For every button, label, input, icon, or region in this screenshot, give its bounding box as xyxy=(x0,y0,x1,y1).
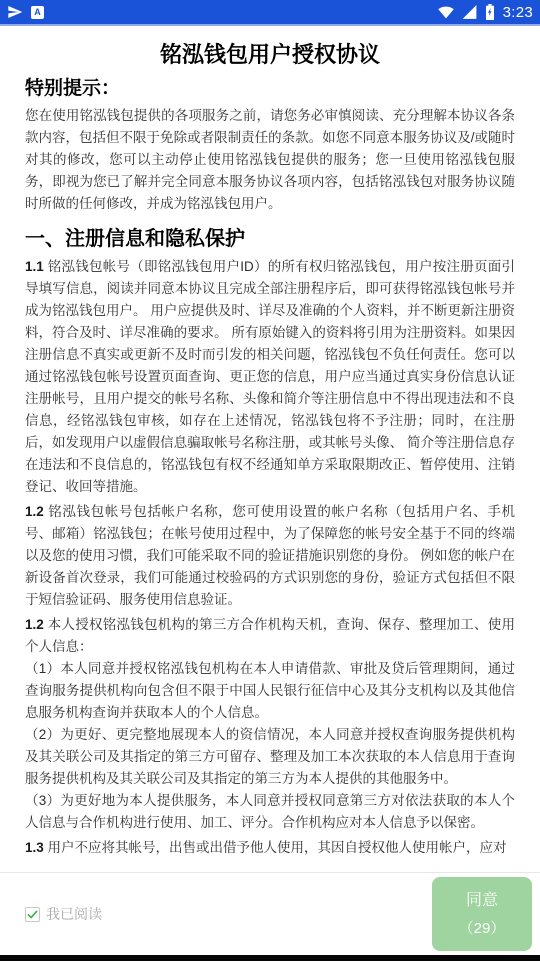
clause-number: 1.2 xyxy=(25,504,44,519)
agreement-paragraph: 1.1 铭泓钱包帐号（即铭泓钱包用户ID）的所有权归铭泓钱包，用户按注册页面引导… xyxy=(25,256,515,498)
section-1-heading: 一、注册信息和隐私保护 xyxy=(25,225,515,253)
agreement-subclause: （1）本人同意并授权铭泓钱包机构在本人申请借款、审批及贷后管理期间，通过查询服务… xyxy=(25,658,515,724)
clause-text: （2）为更好、更完整地展现本人的资信情况，本人同意并授权查询服务提供机构及其关联… xyxy=(25,727,515,786)
agreement-paragraph-clipped: 1.3 用户不应将其帐号，出售或出借予他人使用，其因自授权他人使用帐户，应对 xyxy=(25,837,515,859)
bottom-nav-strip xyxy=(0,955,540,961)
battery-charging-icon xyxy=(485,4,495,20)
clause-number: 1.2 xyxy=(25,617,44,632)
read-checkbox[interactable] xyxy=(25,907,40,922)
status-bar-left: A xyxy=(7,4,44,20)
app-screen: A 3:23 铭泓钱包用户授权协议 特别提示： 您在使用铭泓钱包提供的各项服务之… xyxy=(0,0,540,961)
status-bar: A 3:23 xyxy=(0,0,540,26)
clause-number: 1.3 xyxy=(25,840,44,855)
agreement-scroll-area[interactable]: 铭泓钱包用户授权协议 特别提示： 您在使用铭泓钱包提供的各项服务之前，请您务必审… xyxy=(0,28,540,872)
footer-bar: 我已阅读 同意 （29） xyxy=(0,872,540,955)
clause-text: （3）为更好地为本人提供服务，本人同意并授权同意第三方对依法获取的本人个人信息与… xyxy=(25,793,515,830)
wifi-icon xyxy=(438,5,454,19)
clause-number: 1.1 xyxy=(25,259,44,274)
clause-text: （1）本人同意并授权铭泓钱包机构在本人申请借款、审批及贷后管理期间，通过查询服务… xyxy=(25,661,515,720)
clock-time: 3:23 xyxy=(503,4,533,21)
agreement-subclause: （3）为更好地为本人提供服务，本人同意并授权同意第三方对依法获取的本人个人信息与… xyxy=(25,790,515,834)
agreement-paragraph: 1.2 本人授权铭泓钱包机构的第三方合作机构天机，查询、保存、整理加工、使用个人… xyxy=(25,614,515,658)
notice-heading: 特别提示： xyxy=(25,76,515,102)
app-a-badge-icon: A xyxy=(31,6,44,19)
notice-body: 您在使用铭泓钱包提供的各项服务之前，请您务必审慎阅读、充分理解本协议各条款内容，… xyxy=(25,105,515,215)
agreement-paragraph: 1.2 铭泓钱包帐号包括帐户名称，您可使用设置的帐户名称（包括用户名、手机号、邮… xyxy=(25,501,515,611)
send-icon xyxy=(7,4,23,20)
read-confirmation[interactable]: 我已阅读 xyxy=(25,904,102,924)
agreement-subclause: （2）为更好、更完整地展现本人的资信情况，本人同意并授权查询服务提供机构及其关联… xyxy=(25,724,515,790)
agree-button-label: 同意 xyxy=(466,893,498,909)
check-icon xyxy=(27,909,38,920)
page-title: 铭泓钱包用户授权协议 xyxy=(25,40,515,70)
agree-button[interactable]: 同意 （29） xyxy=(432,877,532,951)
clause-text: 铭泓钱包帐号包括帐户名称，您可使用设置的帐户名称（包括用户名、手机号、邮箱）铭泓… xyxy=(25,504,515,607)
agree-countdown: （29） xyxy=(459,921,506,936)
clause-text: 本人授权铭泓钱包机构的第三方合作机构天机，查询、保存、整理加工、使用个人信息： xyxy=(25,617,515,654)
cell-signal-icon xyxy=(462,5,477,19)
status-bar-right: 3:23 xyxy=(438,4,533,21)
clause-text: 用户不应将其帐号，出售或出借予他人使用，其因自授权他人使用帐户，应对 xyxy=(48,840,507,855)
clause-text: 铭泓钱包帐号（即铭泓钱包用户ID）的所有权归铭泓钱包，用户按注册页面引导填写信息… xyxy=(25,259,515,494)
read-checkbox-label[interactable]: 我已阅读 xyxy=(46,904,102,924)
